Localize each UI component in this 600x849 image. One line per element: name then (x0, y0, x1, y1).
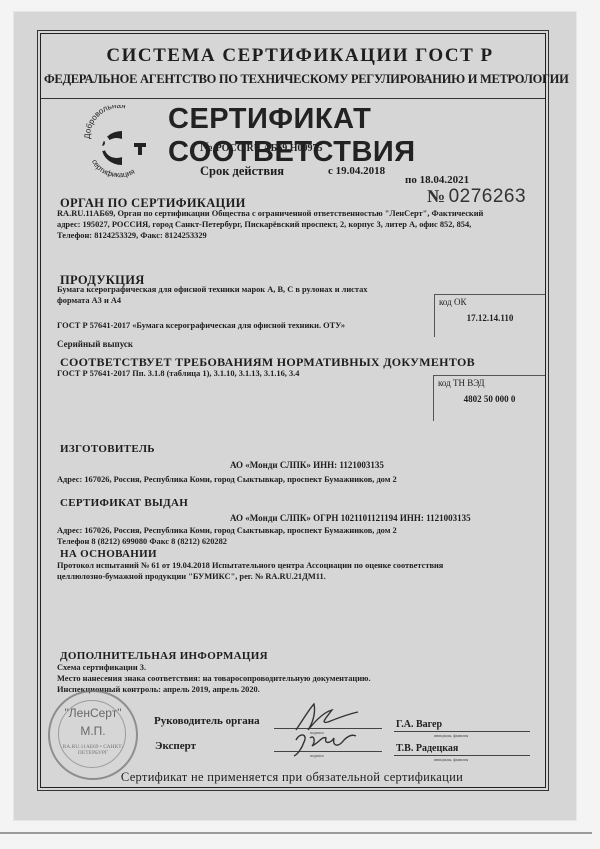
additional-info-title: ДОПОЛНИТЕЛЬНАЯ ИНФОРМАЦИЯ (60, 650, 268, 662)
manufacturer-title: ИЗГОТОВИТЕЛЬ (60, 443, 155, 455)
footer-note: Сертификат не применяется при обязательн… (40, 770, 544, 785)
certification-body-line: адрес: 195027, РОССИЯ, город Санкт-Петер… (57, 219, 471, 230)
paper-edge (0, 832, 592, 834)
manufacturer-name: АО «Монди СЛПК» ИНН: 1121003135 (230, 460, 384, 470)
organization-stamp: "ЛенСерт" М.П. RA.RU.11АБ69 • САНКТ-ПЕТЕ… (48, 690, 138, 780)
validity-period: Срок действия с 19.04.2018 (200, 164, 284, 179)
expert-signature-icon (290, 728, 360, 758)
head-name-line (394, 731, 530, 732)
expert-name-line (394, 755, 530, 756)
additional-info-line: Схема сертификации 3. (57, 662, 146, 673)
basis-line: Протокол испытаний № 61 от 19.04.2018 Ис… (57, 560, 443, 571)
agency-title: ФЕДЕРАЛЬНОЕ АГЕНТСТВО ПО ТЕХНИЧЕСКОМУ РЕ… (44, 72, 544, 87)
expert-name-hint: инициалы, фамилия (434, 757, 468, 762)
product-line: Бумага ксерографическая для офисной техн… (57, 284, 367, 295)
issued-to-contacts: Телефон 8 (8212) 699080 Факс 8 (8212) 62… (57, 536, 227, 547)
tnved-code-label: код ТН ВЭД (438, 378, 485, 388)
ok-code-value: 17.12.14.110 (435, 313, 545, 323)
stamp-name: "ЛенСерт" (50, 706, 136, 720)
manufacturer-address: Адрес: 167026, Россия, Республика Коми, … (57, 474, 397, 485)
certification-body-line: Телефон: 8124253329, Факс: 8124253329 (57, 230, 207, 241)
expert-signature-hint: подпись (310, 753, 324, 758)
head-of-body-name: Г.А. Вагер (396, 719, 442, 730)
blank-serial-number: №0276263 (427, 186, 526, 208)
compliance-line: ГОСТ Р 57641-2017 Пп. 3.1.8 (таблица 1),… (57, 368, 299, 379)
head-of-body-label: Руководитель органа (154, 715, 260, 727)
issued-to-title: СЕРТИФИКАТ ВЫДАН (60, 497, 188, 509)
document-title: СЕРТИФИКАТ СООТВЕТСТВИЯ (168, 103, 600, 169)
ok-code-box: код ОК 17.12.14.110 (434, 294, 545, 337)
issued-to-name: АО «Монди СЛПК» ОГРН 1021101121194 ИНН: … (230, 513, 471, 523)
tnved-code-box: код ТН ВЭД 4802 50 000 0 (433, 375, 545, 421)
expert-label: Эксперт (155, 740, 196, 752)
issued-to-address: Адрес: 167026, Россия, Республика Коми, … (57, 525, 397, 536)
head-name-hint: инициалы, фамилия (434, 733, 468, 738)
product-standard: ГОСТ Р 57641-2017 «Бумага ксерографическ… (57, 320, 345, 331)
product-release-type: Серийный выпуск (57, 339, 133, 350)
certification-body-line: RA.RU.11АБ69, Орган по сертификации Обще… (57, 208, 483, 219)
certificate-number: № РОСС RU.АБ69.Н00975 (200, 139, 323, 155)
basis-title: НА ОСНОВАНИИ (60, 548, 157, 560)
stamp-registration: RA.RU.11АБ69 • САНКТ-ПЕТЕРБУРГ (50, 744, 136, 756)
valid-from: с 19.04.2018 (328, 165, 385, 177)
product-line: формата А3 и А4 (57, 295, 121, 306)
header-divider (41, 98, 545, 99)
additional-info-line: Место нанесения знака соответствия: на т… (57, 673, 371, 684)
stamp-mp: М.П. (50, 724, 136, 738)
ok-code-label: код ОК (439, 297, 467, 307)
tnved-code-value: 4802 50 000 0 (434, 394, 545, 404)
rst-logo-icon: Добровольная сертификация (78, 105, 158, 185)
basis-line: целлюлозно-бумажной продукции "БУМИКС", … (57, 571, 326, 582)
valid-to: по 18.04.2021 (405, 174, 469, 186)
expert-name: Т.В. Радецкая (396, 743, 458, 754)
system-title: СИСТЕМА СЕРТИФИКАЦИИ ГОСТ Р (0, 45, 600, 67)
validity-label: Срок действия (200, 164, 284, 178)
